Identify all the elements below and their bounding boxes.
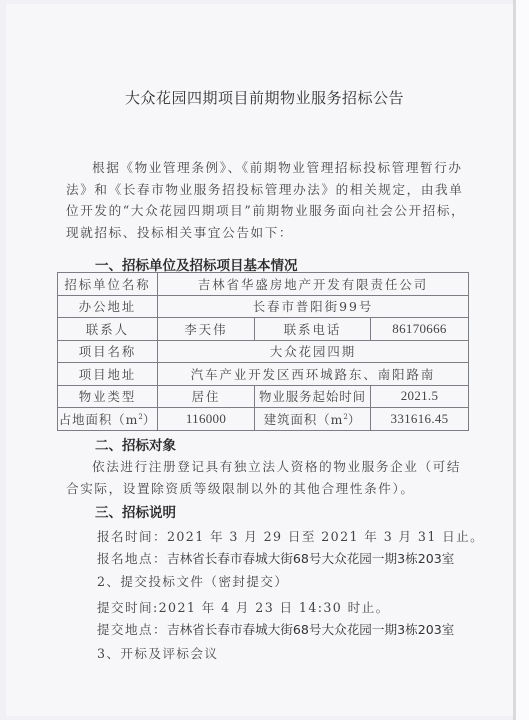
cell-value: 86170666 — [371, 318, 469, 341]
section-2-heading: 二、招标对象 — [95, 434, 176, 454]
cell-label: 物业服务起始时间 — [255, 385, 371, 408]
item-3-bid-opening: 3、开标及评标会议 — [97, 643, 218, 662]
submission-time: 提交时间:2021 年 4 月 23 日 14:30 时止。 — [97, 597, 390, 616]
cell-value: 居住 — [158, 385, 255, 408]
section-1-heading: 一、招标单位及招标项目基本情况 — [95, 254, 298, 274]
project-info-table: 招标单位名称 吉林省华盛房地产开发有限责任公司 办公地址 长春市普阳街99号 联… — [57, 272, 469, 431]
table-row: 办公地址 长春市普阳街99号 — [58, 295, 469, 318]
cell-value: 大众花园四期 — [158, 340, 469, 363]
table-row: 联系人 李天伟 联系电话 86170666 — [58, 318, 469, 341]
label-text: 占地面积（m — [59, 412, 139, 427]
cell-value: 李天伟 — [158, 318, 255, 341]
registration-place-value: 吉林省长春市春城大街68号大众花园一期3栋203室 — [167, 551, 454, 566]
cell-value: 长春市普阳街99号 — [158, 295, 469, 318]
cell-label: 招标单位名称 — [58, 273, 158, 296]
label-text: 建筑面积（m — [264, 412, 344, 427]
cell-value: 汽车产业开发区西环城路东、南阳路南 — [158, 363, 469, 386]
table-row: 占地面积（m2） 116000 建筑面积（m2） 331616.45 — [58, 408, 469, 431]
table-row: 招标单位名称 吉林省华盛房地产开发有限责任公司 — [58, 273, 469, 296]
cell-label: 物业类型 — [58, 385, 158, 408]
label-close: ） — [348, 412, 361, 427]
cell-label: 联系人 — [58, 318, 158, 341]
cell-value: 331616.45 — [371, 408, 469, 431]
section-2-body: 依法进行注册登记具有独立法人资格的物业服务企业（可结合实际，设置除资质等级限制以… — [66, 456, 466, 499]
cell-label: 建筑面积（m2） — [255, 408, 371, 431]
registration-time: 报名时间：2021 年 3 月 29 日至 2021 年 3 月 31 日止。 — [97, 526, 484, 545]
registration-place-label: 报名地点： — [97, 551, 167, 566]
table-row: 项目地址 汽车产业开发区西环城路东、南阳路南 — [58, 363, 469, 386]
table-row: 物业类型 居住 物业服务起始时间 2021.5 — [58, 385, 469, 408]
table-row: 项目名称 大众花园四期 — [58, 340, 469, 363]
submission-place: 提交地点：吉林省长春市春城大街68号大众花园一期3栋203室 — [97, 619, 454, 638]
submission-place-label: 提交地点： — [97, 622, 167, 637]
cell-value: 2021.5 — [371, 385, 469, 408]
cell-value: 吉林省华盛房地产开发有限责任公司 — [158, 273, 469, 296]
item-2-submit-bid: 2、提交投标文件（密封提交） — [97, 571, 288, 590]
section-3-heading: 三、招标说明 — [95, 501, 176, 521]
cell-label: 项目地址 — [58, 363, 158, 386]
document-title: 大众花园四期项目前期物业服务招标公告 — [0, 87, 529, 108]
label-close: ） — [143, 412, 156, 427]
submission-place-value: 吉林省长春市春城大街68号大众花园一期3栋203室 — [167, 622, 454, 637]
intro-paragraph: 根据《物业管理条例》、《前期物业管理招标投标管理暂行办法》和《长春市物业服务招投… — [66, 157, 466, 243]
cell-label: 项目名称 — [58, 340, 158, 363]
cell-label: 办公地址 — [58, 295, 158, 318]
page-margin — [516, 0, 529, 720]
cell-value: 116000 — [158, 408, 255, 431]
cell-label: 联系电话 — [255, 318, 371, 341]
cell-label: 占地面积（m2） — [58, 408, 158, 431]
registration-place: 报名地点：吉林省长春市春城大街68号大众花园一期3栋203室 — [97, 548, 454, 567]
